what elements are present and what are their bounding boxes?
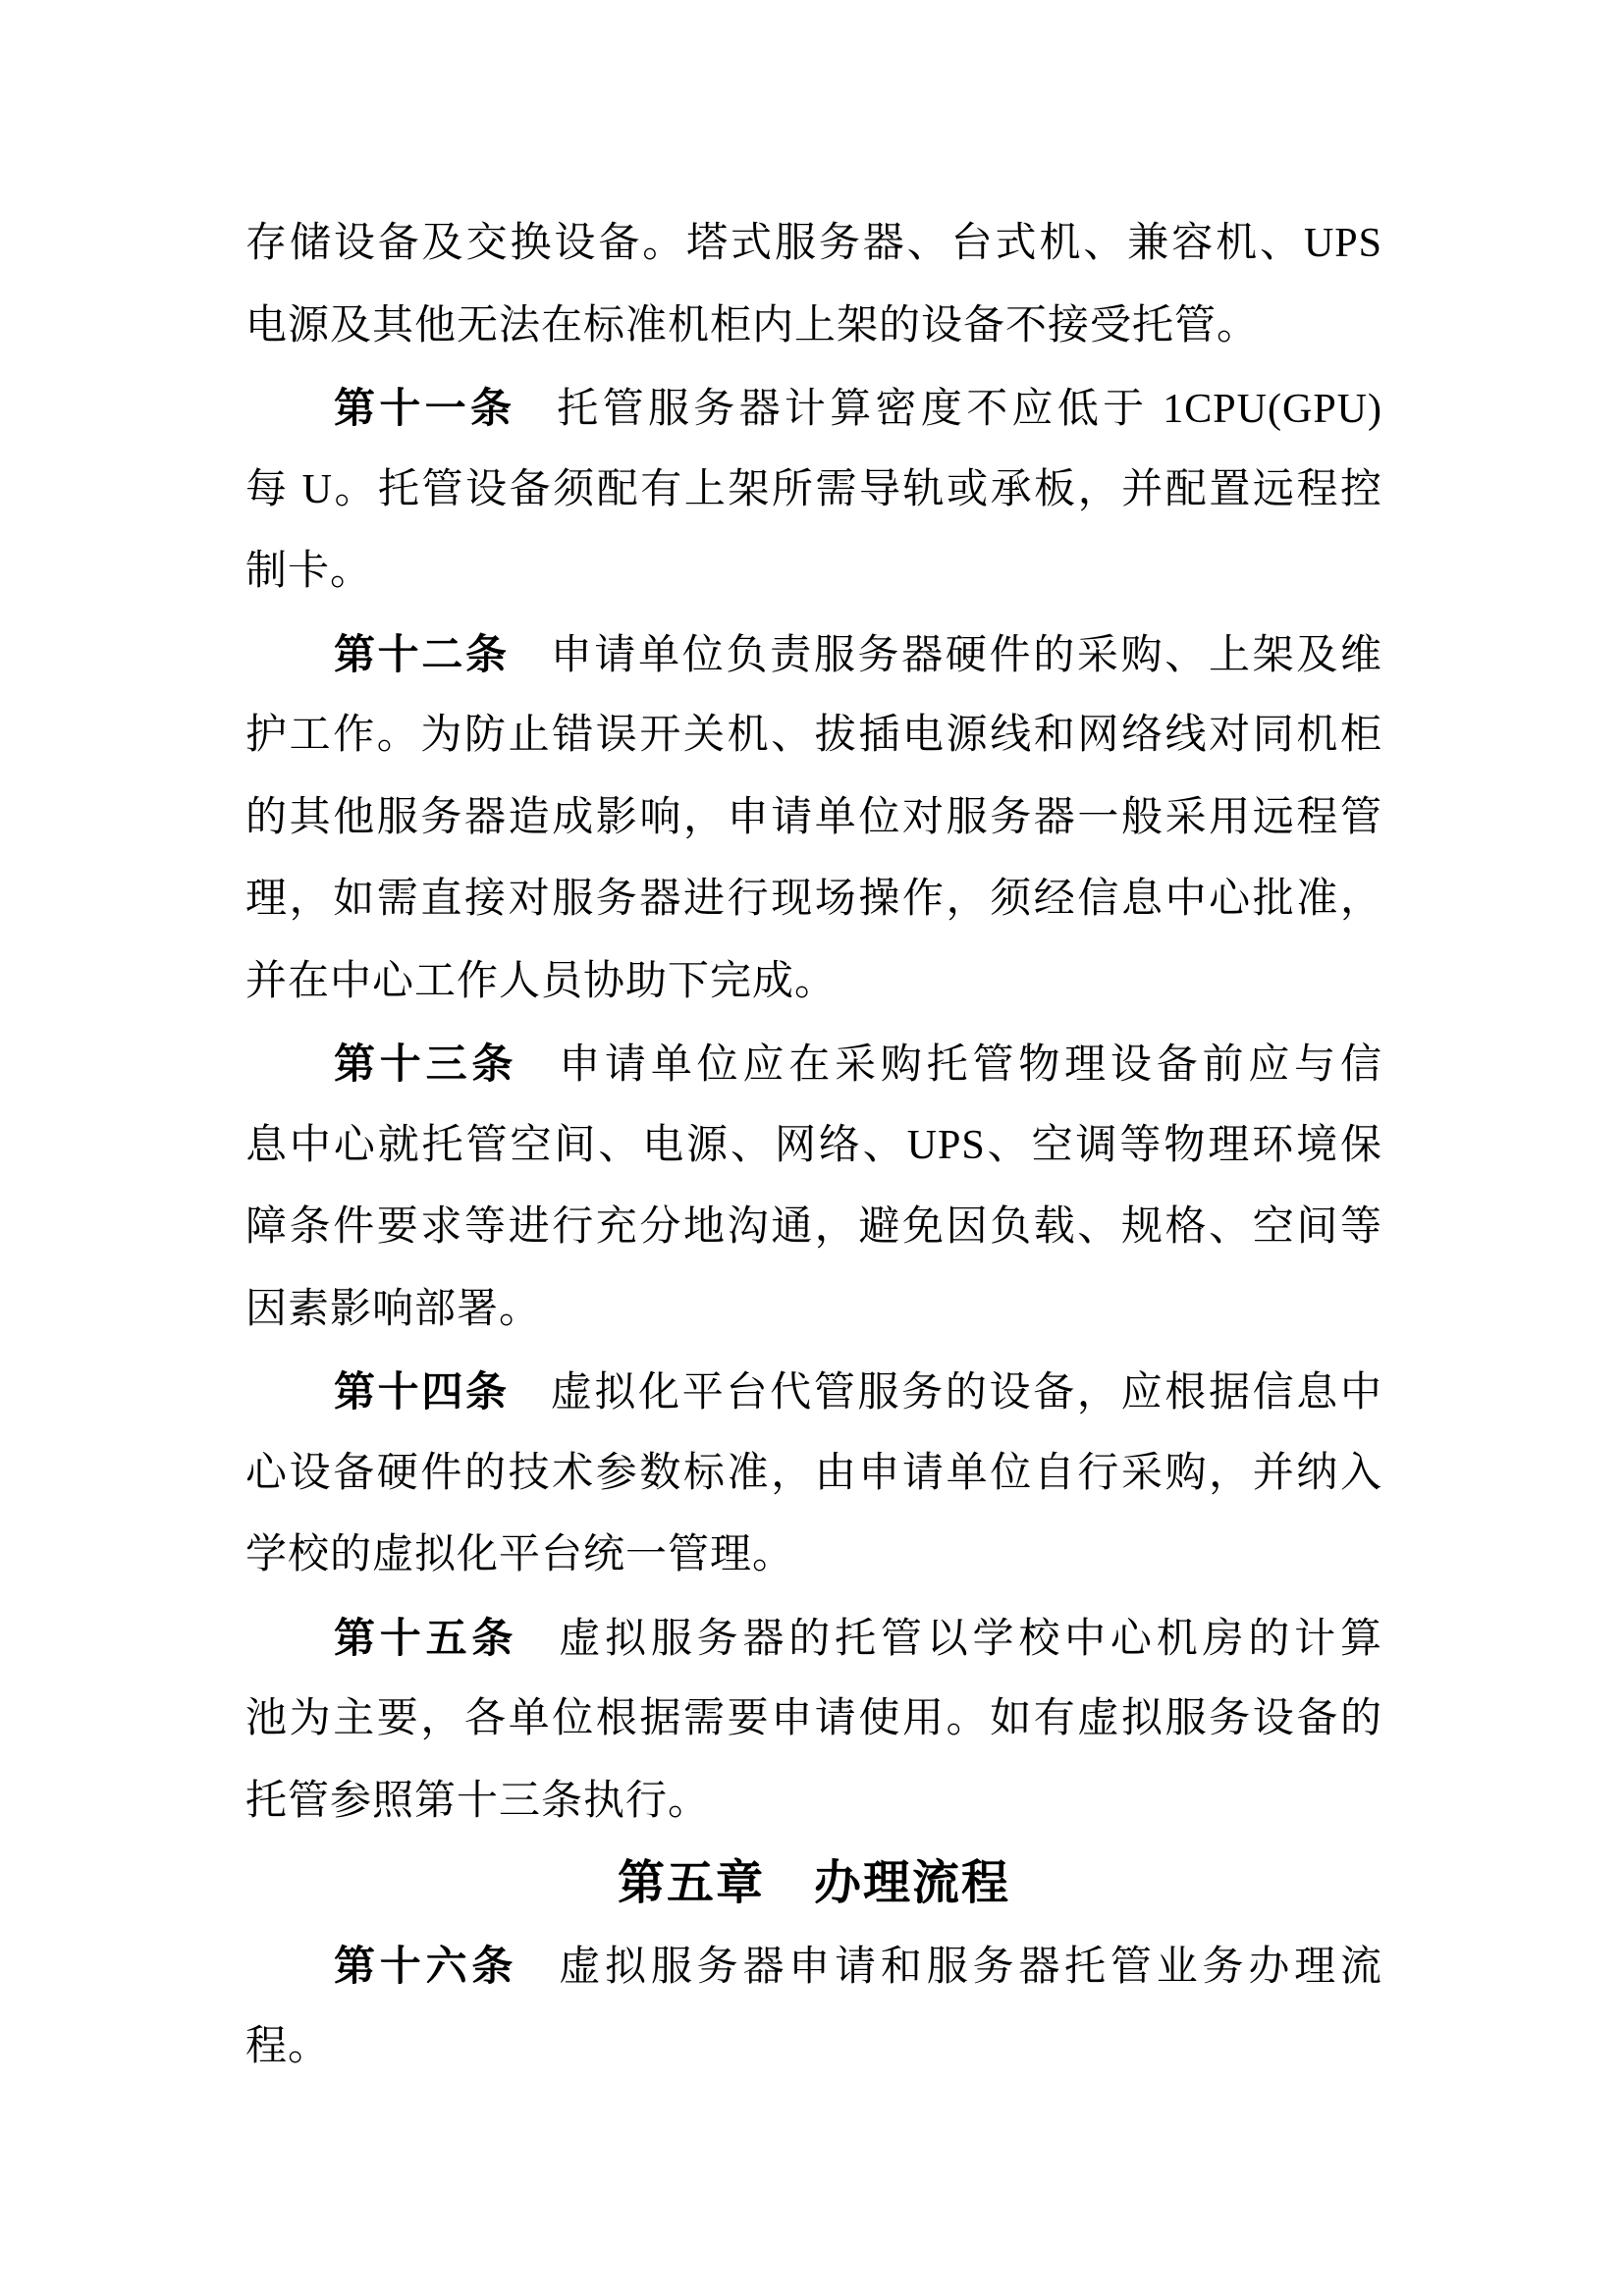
document-line: 学校的虚拟化平台统一管理。 xyxy=(245,1515,1382,1597)
document-line: 障条件要求等进行充分地沟通，避免因负载、规格、空间等 xyxy=(245,1187,1382,1269)
article-first-line: 第十五条虚拟服务器的托管以学校中心机房的计算 xyxy=(245,1597,1382,1680)
article-text: 申请单位负责服务器硬件的采购、上架及维 xyxy=(551,633,1382,678)
article-first-line: 第十二条申请单位负责服务器硬件的采购、上架及维 xyxy=(245,614,1382,696)
article-first-line: 第十一条托管服务器计算密度不应低于 1CPU(GPU) xyxy=(245,367,1382,450)
document-line: 理，如需直接对服务器进行现场操作，须经信息中心批准， xyxy=(245,859,1382,941)
article-first-line: 第十四条虚拟化平台代管服务的设备，应根据信息中 xyxy=(245,1351,1382,1433)
article-number: 第十五条 xyxy=(334,1615,517,1661)
document-page: 存储设备及交换设备。塔式服务器、台式机、兼容机、UPS电源及其他无法在标准机柜内… xyxy=(0,0,1624,2296)
article-number: 第十一条 xyxy=(334,385,515,431)
article-number: 第十六条 xyxy=(334,1943,517,1989)
article-text: 申请单位应在采购托管物理设备前应与信 xyxy=(559,1042,1382,1088)
article-text: 虚拟服务器申请和服务器托管业务办理流 xyxy=(559,1945,1382,1990)
document-line: 制卡。 xyxy=(245,531,1382,614)
document-line: 息中心就托管空间、电源、网络、UPS、空调等物理环境保 xyxy=(245,1105,1382,1188)
document-line: 的其他服务器造成影响，申请单位对服务器一般采用远程管 xyxy=(245,777,1382,860)
article-text: 虚拟化平台代管服务的设备，应根据信息中 xyxy=(551,1370,1382,1415)
article-number: 第十三条 xyxy=(334,1041,517,1087)
document-line: 电源及其他无法在标准机柜内上架的设备不接受托管。 xyxy=(245,286,1382,368)
article-first-line: 第十六条虚拟服务器申请和服务器托管业务办理流 xyxy=(245,1925,1382,2007)
document-line: 存储设备及交换设备。塔式服务器、台式机、兼容机、UPS xyxy=(245,203,1382,286)
article-text: 虚拟服务器的托管以学校中心机房的计算 xyxy=(559,1617,1382,1662)
document-line: 池为主要，各单位根据需要申请使用。如有虚拟服务设备的 xyxy=(245,1679,1382,1761)
document-line: 因素影响部署。 xyxy=(245,1269,1382,1352)
document-line: 程。 xyxy=(245,2006,1382,2089)
article-number: 第十二条 xyxy=(334,631,510,677)
chapter-heading: 第五章 办理流程 xyxy=(245,1842,1382,1925)
document-line: 心设备硬件的技术参数标准，由申请单位自行采购，并纳入 xyxy=(245,1433,1382,1516)
document-line: 托管参照第十三条执行。 xyxy=(245,1761,1382,1843)
article-number: 第十四条 xyxy=(334,1368,510,1415)
document-line: 护工作。为防止错误开关机、拔插电源线和网络线对同机柜 xyxy=(245,695,1382,777)
article-text: 托管服务器计算密度不应低于 1CPU(GPU) xyxy=(557,387,1382,432)
article-first-line: 第十三条申请单位应在采购托管物理设备前应与信 xyxy=(245,1023,1382,1105)
document-line: 每 U。托管设备须配有上架所需导轨或承板，并配置远程控 xyxy=(245,450,1382,532)
document-body: 存储设备及交换设备。塔式服务器、台式机、兼容机、UPS电源及其他无法在标准机柜内… xyxy=(245,203,1382,2089)
document-line: 并在中心工作人员协助下完成。 xyxy=(245,941,1382,1024)
